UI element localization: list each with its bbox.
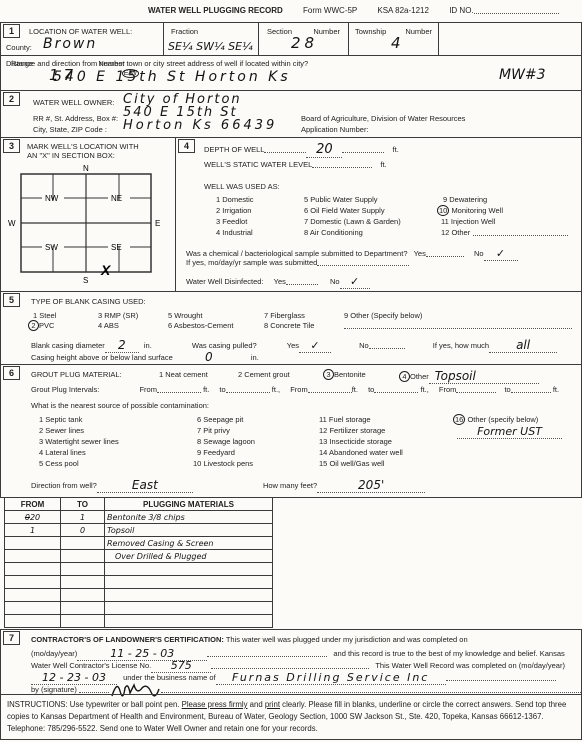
compass-s-label: S	[83, 276, 88, 285]
source-other-row: Former UST	[457, 425, 562, 439]
option-label: Lateral lines	[45, 448, 85, 457]
option-label: Pit privy	[203, 426, 230, 435]
option-label: Irrigation	[222, 206, 251, 215]
option-label: Watertight sewer lines	[45, 437, 119, 446]
option-num: 3	[98, 311, 102, 320]
quadrant-nw-label: NW	[45, 194, 59, 203]
section-box-grid: N S W E NW NE SW SE X	[3, 162, 171, 290]
used-option-9: 9 Dewatering	[443, 195, 487, 204]
option-num-circled: 2	[28, 320, 39, 331]
used-option-8: 8 Air Conditioning	[304, 228, 363, 237]
used-option-6: 6 Oil Field Water Supply	[304, 206, 385, 215]
option-num: 7	[304, 217, 308, 226]
source-2: 2 Sewer lines	[39, 426, 84, 435]
from-label: From	[439, 385, 457, 394]
compass-e-label: E	[155, 219, 160, 228]
chem-yes-label: Yes	[414, 249, 426, 258]
option-label: Domestic	[222, 195, 253, 204]
interval-blank	[308, 385, 352, 393]
section3-mark-location: 3 MARK WELL'S LOCATION WITH AN "X" IN SE…	[1, 138, 176, 291]
pulled-yes-check: ✓	[299, 339, 331, 353]
to-cell: 0	[61, 524, 105, 537]
date-label: (mo/day/year)	[31, 649, 77, 658]
cert-text-3: This Water Well Record was completed on …	[375, 661, 565, 670]
material-cell	[105, 615, 273, 628]
option-num: 13	[319, 437, 327, 446]
section5-casing: 5 TYPE OF BLANK CASING USED: 1 Steel 3 R…	[0, 291, 582, 365]
depth-ft-label: ft.	[393, 145, 399, 154]
option-label: Wrought	[174, 311, 202, 320]
option-label: RMP (SR)	[104, 311, 138, 320]
casing-option-9: 9 Other (Specify below)	[344, 311, 422, 320]
option-label: Industrial	[222, 228, 252, 237]
section1-number-box: 1	[3, 24, 20, 38]
option-num: 9	[443, 195, 447, 204]
option-num: 6	[168, 321, 172, 330]
option-label: Livestock pens	[203, 459, 253, 468]
from-cell	[5, 589, 61, 602]
option-label: Sewage lagoon	[203, 437, 255, 446]
form-number: Form WWC-5P	[303, 6, 357, 15]
option-num: 1	[33, 311, 37, 320]
section5-number-box: 5	[3, 293, 20, 307]
depth-of-well-row: DEPTH OF WELL20 ft.	[204, 142, 399, 158]
signature-label: by (signature)	[31, 685, 77, 694]
option-label: Bentonite	[334, 370, 366, 379]
option-num: 2	[216, 206, 220, 215]
source-15: 15 Oil well/Gas well	[319, 459, 384, 468]
from-cell: 1	[5, 524, 61, 537]
material-cell: Over Drilled & Plugged	[105, 550, 273, 563]
option-num: 11	[441, 217, 449, 226]
to-cell	[61, 589, 105, 602]
option-label: Abandoned water well	[329, 448, 403, 457]
from-value: 20	[30, 513, 40, 522]
casing-option-7: 7 Fiberglass	[264, 311, 305, 320]
section6-number-box: 6	[3, 366, 20, 380]
source-6: 6 Seepage pit	[197, 415, 243, 424]
disinfected-yes-label: Yes	[274, 277, 286, 286]
city-label: City, State, ZIP Code :	[33, 125, 107, 134]
county-value: Brown	[43, 36, 97, 52]
section3-title-line2: AN "X" IN SECTION BOX:	[27, 151, 115, 160]
from-cell: 020	[5, 511, 61, 524]
option-num-circled: 10	[437, 205, 449, 216]
casing-option-2-selected: 2PVC	[28, 320, 54, 331]
sample-date-blank	[317, 258, 409, 266]
to-cell	[61, 576, 105, 589]
used-option-11: 11 Injection Well	[441, 217, 495, 226]
page-title: WATER WELL PLUGGING RECORD	[148, 6, 283, 15]
township-label: Township	[355, 27, 386, 36]
section7-number-box: 7	[3, 631, 20, 645]
how-much-value: all	[489, 338, 557, 353]
used-as-label: WELL WAS USED AS:	[204, 182, 280, 191]
option-num: 4	[98, 321, 102, 330]
option-num: 6	[304, 206, 308, 215]
chemical-sample-question: Was a chemical / bacteriological sample …	[186, 249, 408, 258]
grout-option-1: 1 Neat cement	[159, 370, 208, 379]
business-blank	[446, 673, 556, 681]
certification-title: CONTRACTOR'S OF LANDOWNER'S CERTIFICATIO…	[31, 635, 224, 644]
option-num: 2	[238, 370, 242, 379]
material-cell	[105, 589, 273, 602]
option-label: Sewer lines	[45, 426, 84, 435]
quadrant-sw-label: SW	[45, 243, 58, 252]
option-label: Other	[451, 228, 470, 237]
diameter-in-label: in.	[144, 341, 152, 350]
option-num-circled: 3	[323, 369, 334, 380]
option-label: Domestic (Lawn & Garden)	[310, 217, 400, 226]
township-value: 4	[391, 34, 401, 52]
instructions-underline-2: print	[265, 700, 280, 709]
option-label: Other (specify below)	[467, 415, 538, 424]
cert-text-1: This water well was plugged under my jur…	[226, 635, 468, 644]
option-label: Injection Well	[451, 217, 495, 226]
from-cell	[5, 576, 61, 589]
ft-label: ft.	[203, 385, 209, 394]
to-header: TO	[61, 498, 105, 511]
disinfected-no-label: No	[330, 277, 340, 286]
source-10: 10 Livestock pens	[193, 459, 253, 468]
option-label: Cess pool	[45, 459, 78, 468]
option-num: 5	[304, 195, 308, 204]
depth-dots-left	[264, 145, 306, 153]
application-number-label: Application Number:	[301, 125, 369, 134]
license-blank	[211, 661, 369, 669]
chem-no-label: No	[474, 249, 484, 258]
source-13: 13 Insecticide storage	[319, 437, 392, 446]
table-row	[5, 589, 273, 602]
section5-title: TYPE OF BLANK CASING USED:	[31, 297, 146, 306]
casing-option-6: 6 Asbestos-Cement	[168, 321, 233, 330]
casing-height-label: Casing height above or below land surfac…	[31, 353, 173, 362]
grout-intervals-row: Grout Plug Intervals: From ft. to ft., F…	[31, 385, 559, 394]
grout-option-2: 2 Cement grout	[238, 370, 290, 379]
option-num: 8	[304, 228, 308, 237]
distance-row: Distance and direction from nearest town…	[0, 55, 582, 91]
direction-value: East	[97, 478, 193, 493]
option-label: Fiberglass	[270, 311, 305, 320]
section1-cell-township: Township Number 4	[349, 23, 439, 55]
distance-label: Distance and direction from nearest town…	[6, 59, 308, 68]
section3-4-wrap: 3 MARK WELL'S LOCATION WITH AN "X" IN SE…	[0, 137, 582, 292]
option-num: 1	[39, 415, 43, 424]
option-label: Fuel storage	[329, 415, 371, 424]
disinfected-yes-blank	[286, 277, 318, 285]
casing-height-row: Casing height above or below land surfac…	[31, 350, 259, 365]
to-cell	[61, 537, 105, 550]
casing-height-value: 0	[173, 350, 245, 365]
well-location-x-mark: X	[100, 262, 112, 278]
source-3: 3 Watertight sewer lines	[39, 437, 119, 446]
section2-number-box: 2	[3, 92, 20, 106]
chem-yes-blank	[426, 249, 464, 257]
option-label: ABS	[104, 321, 119, 330]
township-number-label: Number	[405, 27, 432, 36]
section6-grout: 6 GROUT PLUG MATERIAL: 1 Neat cement 2 C…	[0, 364, 582, 498]
direction-row: Direction from well?East How many feet?2…	[31, 478, 425, 493]
signature-dots-right	[161, 685, 581, 693]
option-num: 1	[159, 370, 163, 379]
section1-title: LOCATION OF WATER WELL:	[29, 27, 132, 36]
material-cell	[105, 602, 273, 615]
option-num: 9	[344, 311, 348, 320]
instructions-underline-1: Please press firmly	[182, 700, 248, 709]
section1-cell-fraction: Fraction SE¼ SW¼ SE¼	[164, 23, 259, 55]
option-label: Other	[410, 372, 429, 381]
ft-label: ft.,	[272, 385, 280, 394]
direction-label: Direction from well?	[31, 481, 97, 490]
option-num: 10	[193, 459, 201, 468]
option-num: 6	[197, 415, 201, 424]
option-num: 3	[39, 437, 43, 446]
section7-certification: 7 CONTRACTOR'S OF LANDOWNER'S CERTIFICAT…	[0, 629, 582, 695]
source-16-selected: 16 Other (specify below)	[453, 414, 538, 425]
from-label: From	[290, 385, 308, 394]
water-well-plugging-record-form: WATER WELL PLUGGING RECORD Form WWC-5P K…	[0, 0, 582, 742]
option-num: 7	[264, 311, 268, 320]
option-label: Fertilizer storage	[329, 426, 385, 435]
section1-cell-location: 1 LOCATION OF WATER WELL: County: Brown	[1, 23, 164, 55]
intervals-label: Grout Plug Intervals:	[31, 385, 99, 394]
section3-title-line1: MARK WELL'S LOCATION WITH	[27, 142, 139, 151]
fraction-value: SE¼ SW¼ SE¼	[168, 40, 253, 53]
option-label: Steel	[39, 311, 56, 320]
interval-blank	[456, 385, 496, 393]
section-label: Section	[267, 27, 292, 36]
option-label: Oil well/Gas well	[329, 459, 384, 468]
option-label: Cement grout	[244, 370, 289, 379]
table-row	[5, 576, 273, 589]
option-num: 9	[197, 448, 201, 457]
grout-option-4-selected: 4OtherTopsoil	[399, 369, 539, 384]
option-label: Insecticide storage	[329, 437, 392, 446]
section1-cell-section: Section Number 28	[259, 23, 349, 55]
used-option-12: 12 Other	[441, 228, 568, 237]
option-label: PVC	[39, 321, 54, 330]
well-name-value: MW#3	[499, 67, 546, 83]
source-11: 11 Fuel storage	[319, 415, 371, 424]
option-num: 12	[441, 228, 449, 237]
option-label: Other (Specify below)	[350, 311, 422, 320]
from-cell	[5, 615, 61, 628]
sample-date-row: If yes, mo/day/yr sample was submitted	[186, 258, 409, 267]
used-option-10-selected: 10 Monitoring Well	[437, 205, 503, 216]
option-num: 14	[319, 448, 327, 457]
business-label: under the business name of	[123, 673, 216, 682]
section3-number-box: 3	[3, 139, 20, 153]
contamination-label: What is the nearest source of possible c…	[31, 401, 209, 410]
option-num: 11	[319, 415, 327, 424]
option-num-circled: 16	[453, 414, 465, 425]
feet-label: How many feet?	[263, 481, 317, 490]
table-row: 020 1 Bentonite 3/8 chips	[5, 511, 273, 524]
source-8: 8 Sewage lagoon	[197, 437, 255, 446]
static-level-label: WELL'S STATIC WATER LEVEL	[204, 160, 312, 169]
source-4: 4 Lateral lines	[39, 448, 86, 457]
material-cell: Topsoil	[105, 524, 273, 537]
table-row	[5, 615, 273, 628]
to-cell	[61, 602, 105, 615]
sample-date-label: If yes, mo/day/yr sample was submitted	[186, 258, 317, 267]
static-level-row: WELL'S STATIC WATER LEVEL ft.	[204, 160, 387, 169]
option-num: 4	[39, 448, 43, 457]
table-header-row: FROM TO PLUGGING MATERIALS	[5, 498, 273, 511]
used-option-4: 4 Industrial	[216, 228, 253, 237]
from-cell	[5, 602, 61, 615]
signature-dots-left	[79, 685, 109, 693]
used-option-2: 2 Irrigation	[216, 206, 251, 215]
from-label: From	[139, 385, 157, 394]
grout-other-value: Topsoil	[429, 369, 539, 384]
ksa-number: KSA 82a-1212	[377, 6, 429, 15]
diameter-label: Blank casing diameter	[31, 341, 105, 350]
source-other-value: Former UST	[457, 425, 562, 439]
id-no-label: ID NO.	[449, 6, 473, 15]
disinfected-no-check: ✓	[340, 275, 370, 289]
section4-number-box: 4	[178, 139, 195, 153]
to-cell: 1	[61, 511, 105, 524]
casing-option-1: 1 Steel	[33, 311, 56, 320]
interval-blank	[374, 385, 418, 393]
city-value: Horton Ks 66439	[123, 118, 277, 133]
source-14: 14 Abandoned water well	[319, 448, 403, 457]
option-label: Septic tank	[45, 415, 82, 424]
section4-well-info: 4 DEPTH OF WELL20 ft. WELL'S STATIC WATE…	[176, 138, 582, 291]
how-much-label: If yes, how much	[433, 341, 489, 350]
table-row: Removed Casing & Screen	[5, 537, 273, 550]
instructions-box: INSTRUCTIONS: Use typewriter or ball poi…	[0, 694, 582, 740]
interval-blank	[157, 385, 201, 393]
pulled-no-label: No	[359, 341, 369, 350]
disinfected-label: Water Well Disinfected:	[186, 277, 264, 286]
option-label: Public Water Supply	[310, 195, 377, 204]
option-num: 1	[216, 195, 220, 204]
ft-label: ft.,	[420, 385, 428, 394]
interval-blank	[511, 385, 551, 393]
option-num: 2	[39, 426, 43, 435]
from-cell	[5, 563, 61, 576]
ft-label: ft.	[553, 385, 559, 394]
option-label: Monitoring Well	[451, 206, 503, 215]
static-level-blank	[312, 160, 372, 168]
option-label: Neat cement	[165, 370, 208, 379]
feet-value: 205'	[317, 478, 425, 493]
instructions-text: INSTRUCTIONS: Use typewriter or ball poi…	[7, 699, 575, 735]
source-12: 12 Fertilizer storage	[319, 426, 385, 435]
to-cell	[61, 563, 105, 576]
option-num: 7	[197, 426, 201, 435]
distance-value: 540 E 15th St Horton Ks	[53, 69, 291, 85]
other-casing-blank	[344, 321, 572, 329]
table-row	[5, 602, 273, 615]
form-title-row: WATER WELL PLUGGING RECORD Form WWC-5P K…	[148, 6, 559, 15]
option-num: 15	[319, 459, 327, 468]
option-label: Oil Field Water Supply	[310, 206, 384, 215]
section6-title: GROUT PLUG MATERIAL:	[31, 370, 122, 379]
county-label: County:	[6, 43, 32, 52]
option-label: Feedlot	[222, 217, 247, 226]
used-option-3: 3 Feedlot	[216, 217, 247, 226]
pulled-no-blank	[369, 341, 405, 349]
option-num: 3	[216, 217, 220, 226]
chem-no-check: ✓	[484, 247, 518, 261]
table-row: 1 0 Topsoil	[5, 524, 273, 537]
source-7: 7 Pit privy	[197, 426, 230, 435]
from-cell	[5, 537, 61, 550]
table-row: Over Drilled & Plugged	[5, 550, 273, 563]
option-num-circled: 4	[399, 371, 410, 382]
board-label: Board of Agriculture, Division of Water …	[301, 114, 465, 123]
option-num: 8	[264, 321, 268, 330]
option-num: 12	[319, 426, 327, 435]
section-value: 28	[291, 34, 318, 52]
pulled-yes-label: Yes	[287, 341, 299, 350]
option-label: Dewatering	[449, 195, 487, 204]
to-cell	[61, 615, 105, 628]
used-option-5: 5 Public Water Supply	[304, 195, 378, 204]
option-label: Feedyard	[203, 448, 235, 457]
ft-label: ft.	[352, 385, 358, 394]
casing-pulled-label: Was casing pulled?	[192, 341, 257, 350]
instructions-part-2: and	[247, 700, 264, 709]
to-cell	[61, 550, 105, 563]
option-num: 5	[168, 311, 172, 320]
casing-option-5: 5 Wrought	[168, 311, 202, 320]
fraction-label: Fraction	[171, 27, 198, 36]
cert-line-1: CONTRACTOR'S OF LANDOWNER'S CERTIFICATIO…	[31, 635, 468, 644]
depth-value: 20	[306, 142, 342, 158]
used-option-1: 1 Domestic	[216, 195, 254, 204]
height-in-label: in.	[251, 353, 259, 362]
interval-blank	[226, 385, 270, 393]
option-num: 8	[197, 437, 201, 446]
option-label: Seepage pit	[203, 415, 243, 424]
cert-text-2: and this record is true to the best of m…	[333, 649, 564, 658]
instructions-part-1: INSTRUCTIONS: Use typewriter or ball poi…	[7, 700, 182, 709]
id-no-blank	[474, 6, 559, 14]
option-num: 5	[39, 459, 43, 468]
quadrant-ne-label: NE	[111, 194, 122, 203]
option-label: Air Conditioning	[310, 228, 363, 237]
date-blank	[207, 649, 327, 657]
disinfected-row: Water Well Disinfected: Yes No✓	[186, 275, 370, 289]
used-option-7: 7 Domestic (Lawn & Garden)	[304, 217, 401, 226]
static-ft-label: ft.	[380, 160, 386, 169]
casing-option-8: 8 Concrete Tile	[264, 321, 314, 330]
source-9: 9 Feedyard	[197, 448, 235, 457]
source-1: 1 Septic tank	[39, 415, 82, 424]
from-header: FROM	[5, 498, 61, 511]
material-cell	[105, 576, 273, 589]
from-cell	[5, 550, 61, 563]
grout-option-3-selected: 3Bentonite	[323, 369, 366, 380]
section2-owner: 2 WATER WELL OWNER: City of Horton RR #,…	[0, 90, 582, 138]
other-use-blank	[473, 228, 568, 236]
section1-location: 1 LOCATION OF WATER WELL: County: Brown …	[0, 22, 582, 56]
materials-header: PLUGGING MATERIALS	[105, 498, 273, 511]
compass-n-label: N	[83, 164, 89, 173]
address-label: RR #, St. Address, Box #:	[33, 114, 118, 123]
depth-label: DEPTH OF WELL	[204, 145, 264, 154]
license-label: Water Well Contractor's License No.	[31, 661, 151, 670]
plugging-materials-table: FROM TO PLUGGING MATERIALS 020 1 Bentoni…	[4, 497, 273, 628]
material-cell: Bentonite 3/8 chips	[105, 511, 273, 524]
casing-option-4: 4 ABS	[98, 321, 119, 330]
owner-label: WATER WELL OWNER:	[33, 98, 114, 107]
option-num: 4	[216, 228, 220, 237]
